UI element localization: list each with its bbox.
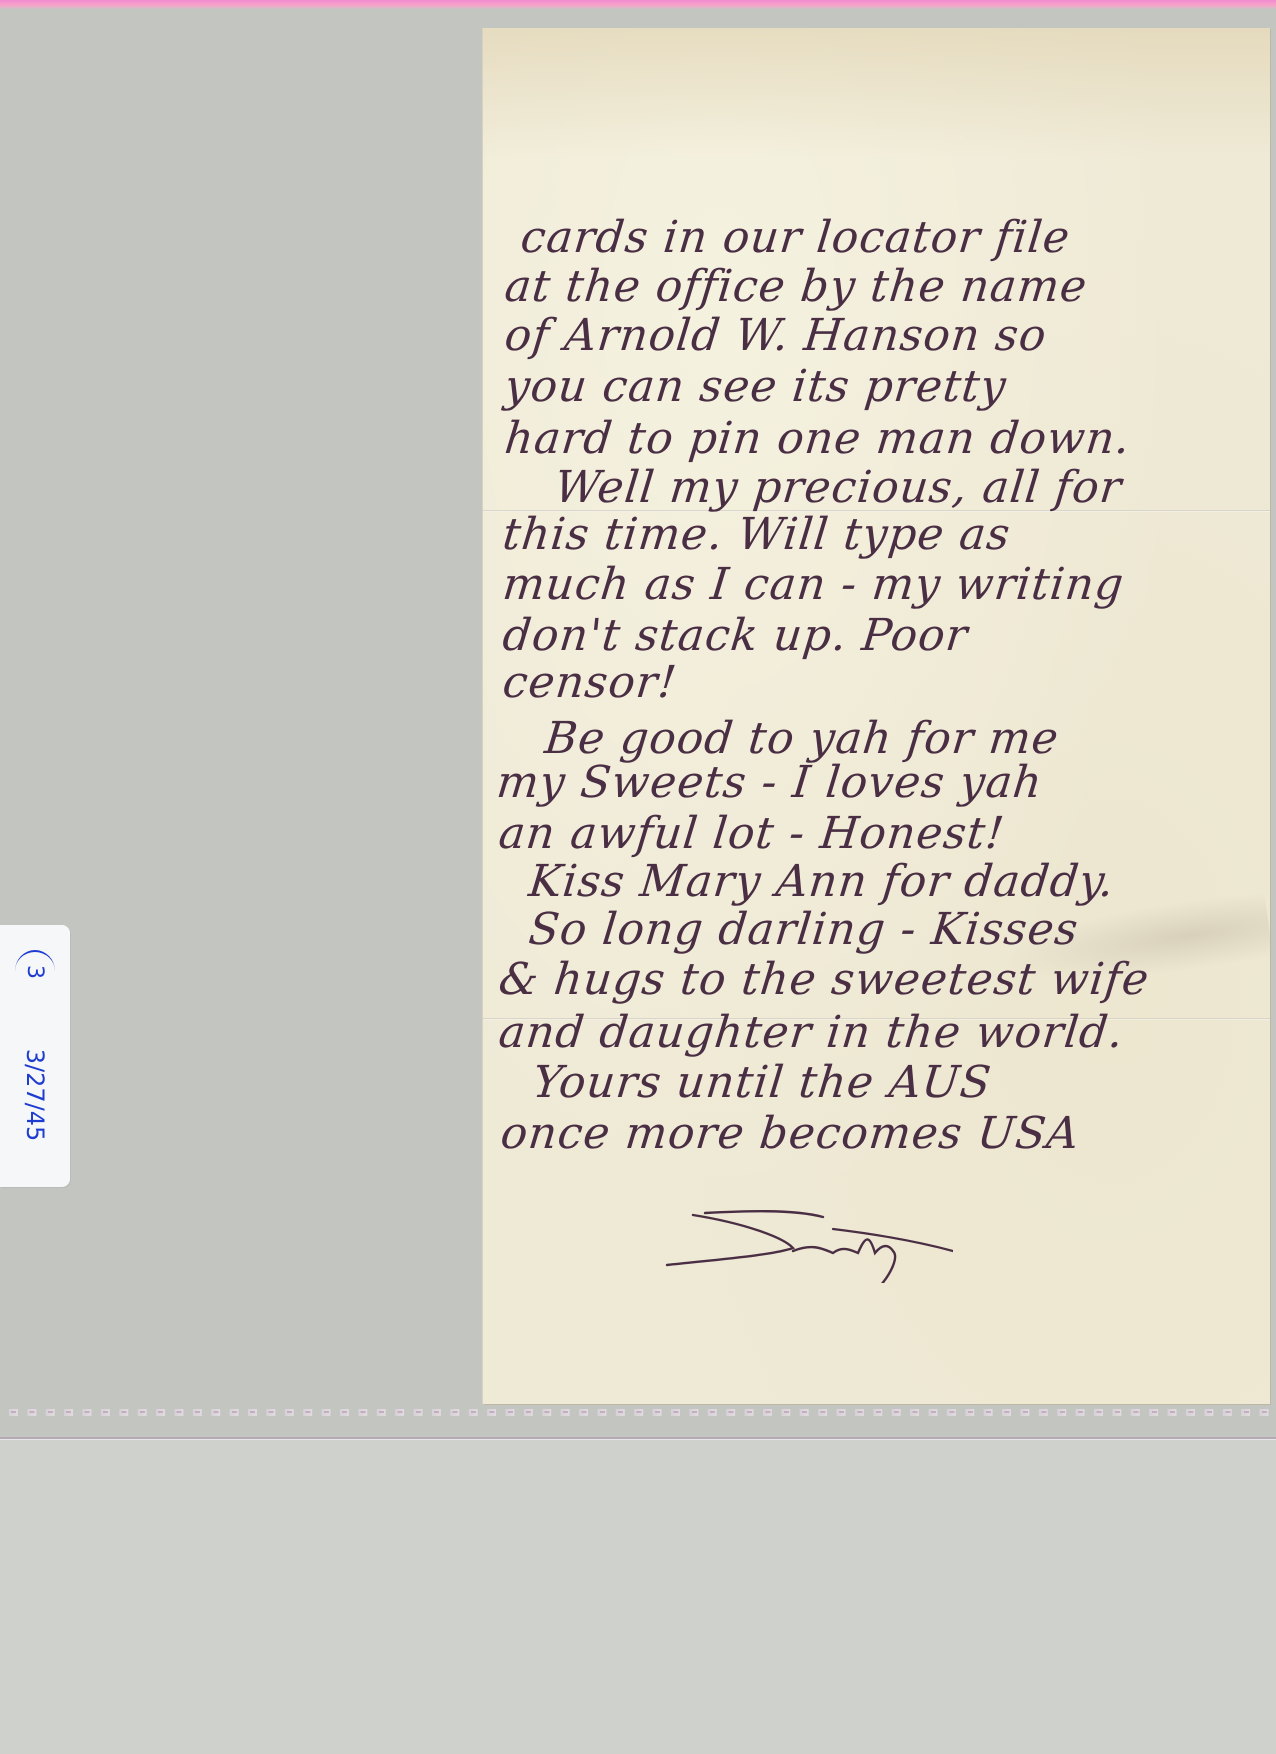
signature-scotty-glyph: Scotty [653, 1193, 953, 1283]
letter-line: and daughter in the world. [497, 1011, 1126, 1055]
letter-line: cards in our locator file [519, 216, 1073, 260]
letter-line: at the office by the name [503, 265, 1090, 309]
letter-line: Well my precious, all for [553, 466, 1125, 510]
sleeve-perforation-row [0, 1408, 1276, 1418]
letter-line: of Arnold W. Hanson so [503, 314, 1049, 358]
signature: Scotty [653, 1193, 953, 1283]
page-index-label: 3 3/27/45 [0, 925, 70, 1187]
scanner-edge-strip [0, 0, 1276, 9]
letter-line: hard to pin one man down. [503, 417, 1133, 461]
letter-line: So long darling - Kisses [527, 908, 1081, 952]
letter-date: 3/27/45 [15, 1020, 55, 1170]
letter-line: an awful lot - Honest! [497, 812, 1007, 856]
letter-line: once more becomes USA [499, 1112, 1082, 1156]
signature-text: Scotty [803, 1279, 807, 1282]
letter-line: you can see its pretty [503, 365, 1009, 409]
letter-line: my Sweets - I loves yah [495, 761, 1045, 805]
letter-line: Kiss Mary Ann for daddy. [527, 860, 1117, 904]
letter-line: & hugs to the sweetest wife [497, 958, 1152, 1002]
letter-line: censor! [501, 661, 679, 705]
letter-line: much as I can - my writing [501, 563, 1126, 607]
letter-line: Yours until the AUS [531, 1061, 994, 1105]
page-number: 3 [15, 950, 55, 992]
letter-line: don't stack up. Poor [501, 614, 970, 658]
letter-line: this time. Will type as [501, 513, 1013, 557]
letter-page: cards in our locator file at the office … [483, 28, 1270, 1404]
letter-line: Be good to yah for me [543, 717, 1061, 761]
